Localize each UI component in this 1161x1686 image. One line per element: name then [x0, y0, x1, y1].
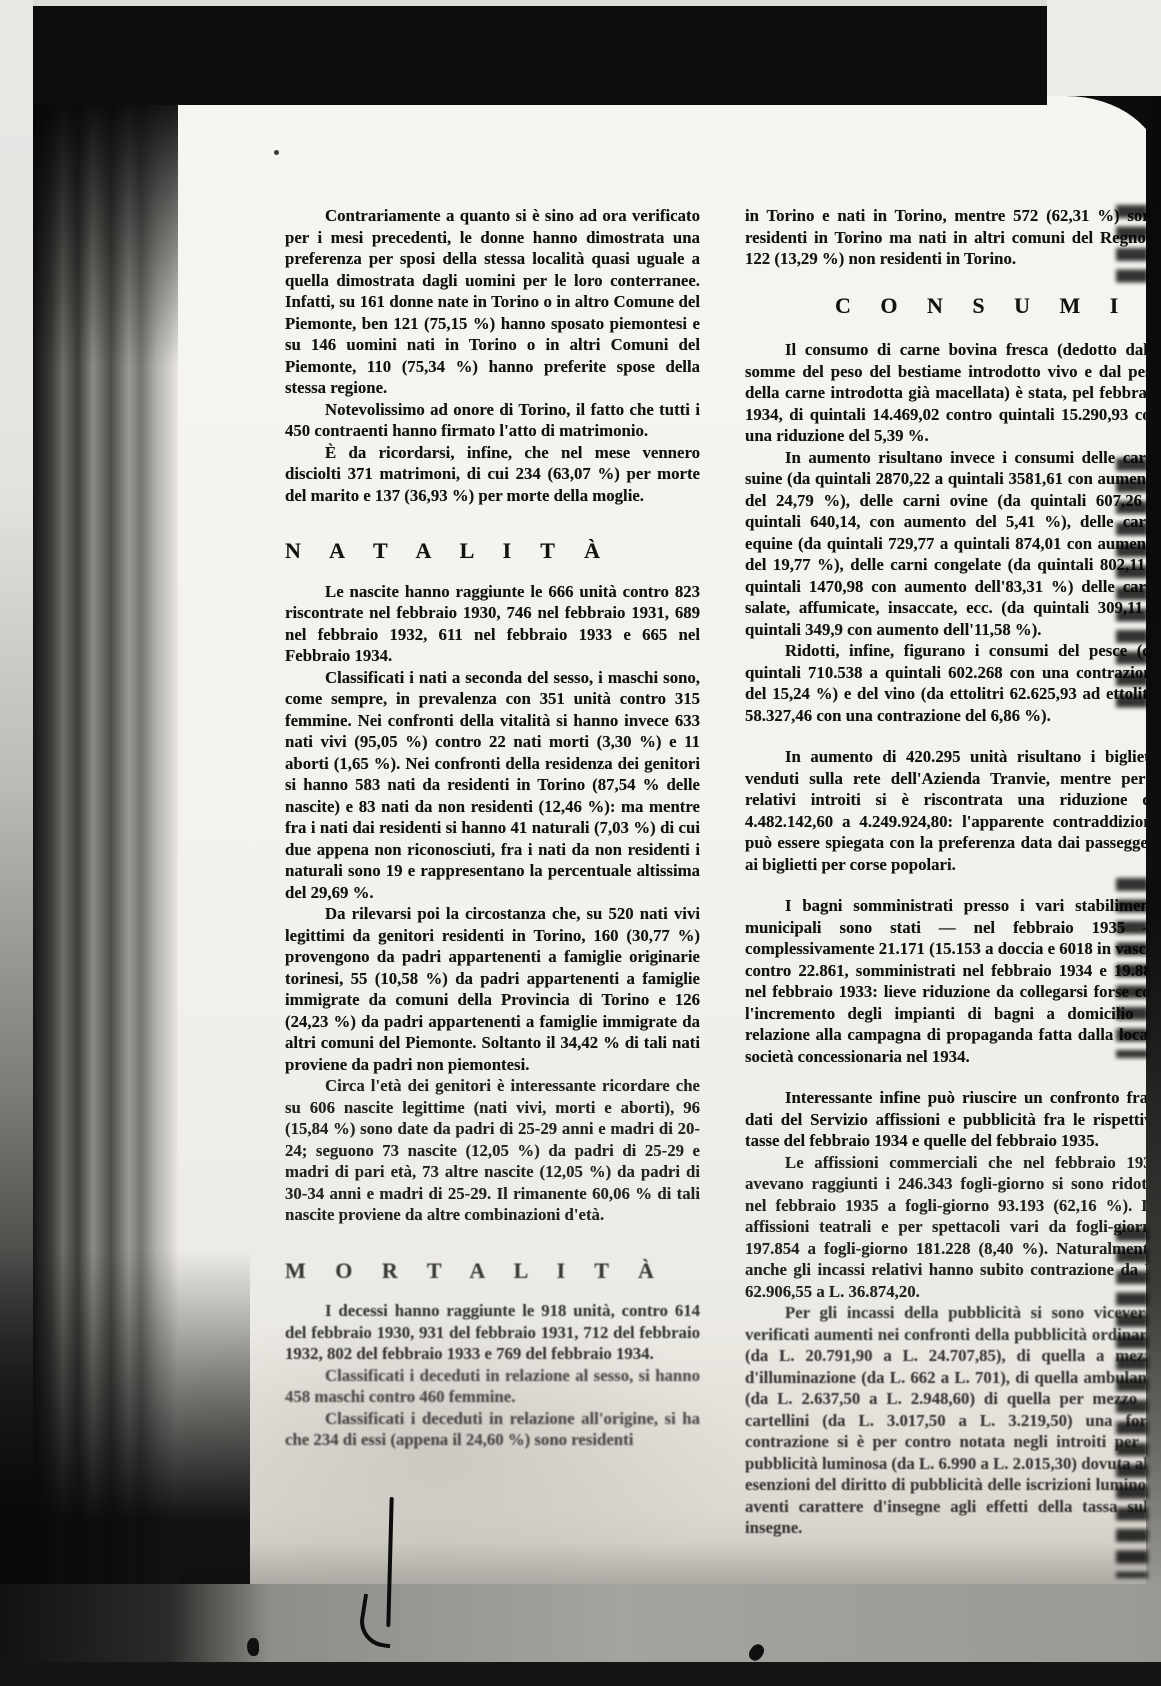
paragraph-public-baths: I bagni somministrati presso i vari stab… [745, 895, 1160, 1067]
paragraph-births-by-sex: Classificati i nati a seconda del sesso,… [285, 667, 700, 904]
paragraph-deaths-by-sex: Classificati i deceduti in relazione al … [285, 1365, 700, 1408]
right-column: in Torino e nati in Torino, mentre 572 (… [745, 205, 1160, 1539]
right-edge-ink-smudges [1116, 1228, 1148, 1578]
paragraph-parents-age: Circa l'età dei genitori è interessante … [285, 1075, 700, 1226]
paragraph-affissioni-commerciali: Le affissioni commerciali che nel febbra… [745, 1152, 1160, 1303]
heading-consumi-e-varie: C O N S U M I E V A R I E [835, 295, 1160, 317]
scan-bottom-border [0, 1662, 1161, 1686]
paragraph-deaths-totals: I decessi hanno raggiunte le 918 unità, … [285, 1300, 700, 1365]
paragraph-affissioni-intro: Interessante infine può riuscire un conf… [745, 1087, 1160, 1152]
paragraph-marriage-signatures: Notevolissimo ad onore di Torino, il fat… [285, 399, 700, 442]
right-edge-ink-smudges [1116, 205, 1148, 291]
page-bottom-edge [178, 1542, 1161, 1584]
right-edge-ink-smudges [1116, 878, 1148, 1058]
scan-top-border [33, 6, 1047, 105]
paragraph-pubblicita-incassi: Per gli incassi della pubblicità si sono… [745, 1302, 1160, 1539]
paragraph-births-by-origin: Da rilevarsi poi la circostanza che, su … [285, 903, 700, 1075]
paragraph-deaths-by-origin: Classificati i deceduti in relazione all… [285, 1408, 700, 1451]
paragraph-births-totals: Le nascite hanno raggiunte le 666 unità … [285, 581, 700, 667]
paragraph-meat-increases: In aumento risultano invece i consumi de… [745, 447, 1160, 641]
heading-mortalita: M O R T A L I T À [285, 1260, 700, 1282]
paragraph-residents-continuation: in Torino e nati in Torino, mentre 572 (… [745, 205, 1160, 270]
paragraph-fish-wine: Ridotti, infine, figurano i consumi del … [745, 640, 1160, 726]
scan-right-edge [1146, 96, 1161, 1584]
right-edge-ink-smudges [1116, 458, 1148, 713]
paragraph-marriage-preference: Contrariamente a quanto si è sino ad ora… [285, 205, 700, 399]
left-column: Contrariamente a quanto si è sino ad ora… [285, 205, 700, 1451]
ink-speck [274, 150, 279, 155]
ink-blob [247, 1638, 259, 1656]
scanned-page: Contrariamente a quanto si è sino ad ora… [0, 0, 1161, 1686]
heading-natalita: N A T A L I T À [285, 540, 700, 562]
paragraph-tram-tickets: In aumento di 420.295 unità risultano i … [745, 746, 1160, 875]
paragraph-beef-consumption: Il consumo di carne bovina fresca (dedot… [745, 339, 1160, 447]
scan-top-right-patch [1047, 0, 1161, 96]
scan-bottom-bed [0, 1584, 1161, 1664]
paragraph-dissolved-marriages: È da ricordarsi, infine, che nel mese ve… [285, 442, 700, 507]
gutter-top-shadow [33, 96, 178, 366]
